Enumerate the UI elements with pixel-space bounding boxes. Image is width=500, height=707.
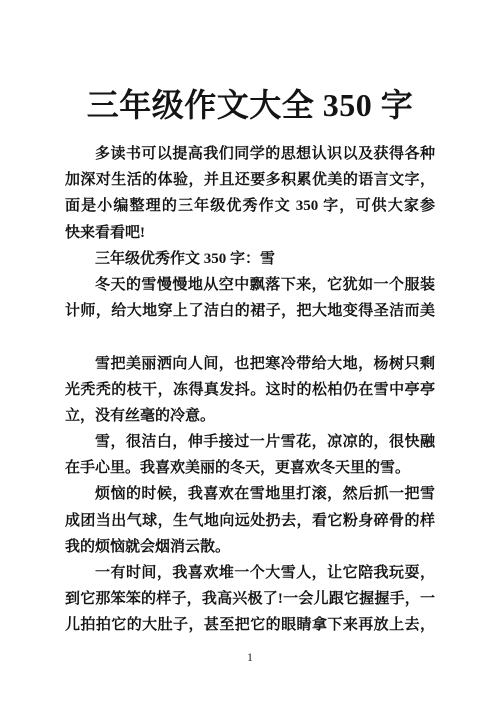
text-line: 三年级优秀作文 350 字：雪	[65, 246, 435, 272]
text-line	[65, 324, 435, 350]
text-line: 我的烦恼就会烟消云散。	[65, 534, 435, 560]
text-line: 加深对生活的体验，并且还要多积累优美的语言文字，下	[65, 167, 435, 193]
document-title: 三年级作文大全 350 字	[0, 85, 500, 125]
text-line: 到它那笨笨的样子，我高兴极了!一会儿跟它握握手，一会	[65, 586, 435, 612]
text-line: 面是小编整理的三年级优秀作文 350 字，可供大家参考，	[65, 193, 435, 219]
text-line: 快来看看吧!	[65, 220, 435, 246]
text-line: 计师，给大地穿上了洁白的裙子，把大地变得圣洁而美丽。	[65, 298, 435, 324]
text-line: 在手心里。我喜欢美丽的冬天，更喜欢冬天里的雪。	[65, 455, 435, 481]
document-page: 三年级作文大全 350 字 多读书可以提高我们同学的思想认识以及获得各种知识，加…	[0, 0, 500, 707]
text-line: 光秃秃的枝干，冻得真发抖。这时的松柏仍在雪中亭亭玉	[65, 377, 435, 403]
text-line: 多读书可以提高我们同学的思想认识以及获得各种知识，	[65, 141, 435, 167]
text-line: 立，没有丝毫的冷意。	[65, 403, 435, 429]
text-line: 冬天的雪慢慢地从空中飘落下来，它犹如一个服装设	[65, 272, 435, 298]
document-body: 多读书可以提高我们同学的思想认识以及获得各种知识，加深对生活的体验，并且还要多积…	[65, 141, 435, 639]
page-number: 1	[0, 649, 500, 665]
text-line: 烦恼的时候，我喜欢在雪地里打滚，然后抓一把雪揉	[65, 481, 435, 507]
text-line: 一有时间，我喜欢堆一个大雪人，让它陪我玩耍，看	[65, 560, 435, 586]
text-line: 成团当出气球，生气地向远处扔去，看它粉身碎骨的样子，	[65, 508, 435, 534]
text-line: 儿拍拍它的大肚子，甚至把它的眼睛拿下来再放上去，像	[65, 612, 435, 638]
text-line: 雪把美丽洒向人间，也把寒冷带给大地，杨树只剩下	[65, 351, 435, 377]
text-line: 雪，很洁白，伸手接过一片雪花，凉凉的，很快融化	[65, 429, 435, 455]
